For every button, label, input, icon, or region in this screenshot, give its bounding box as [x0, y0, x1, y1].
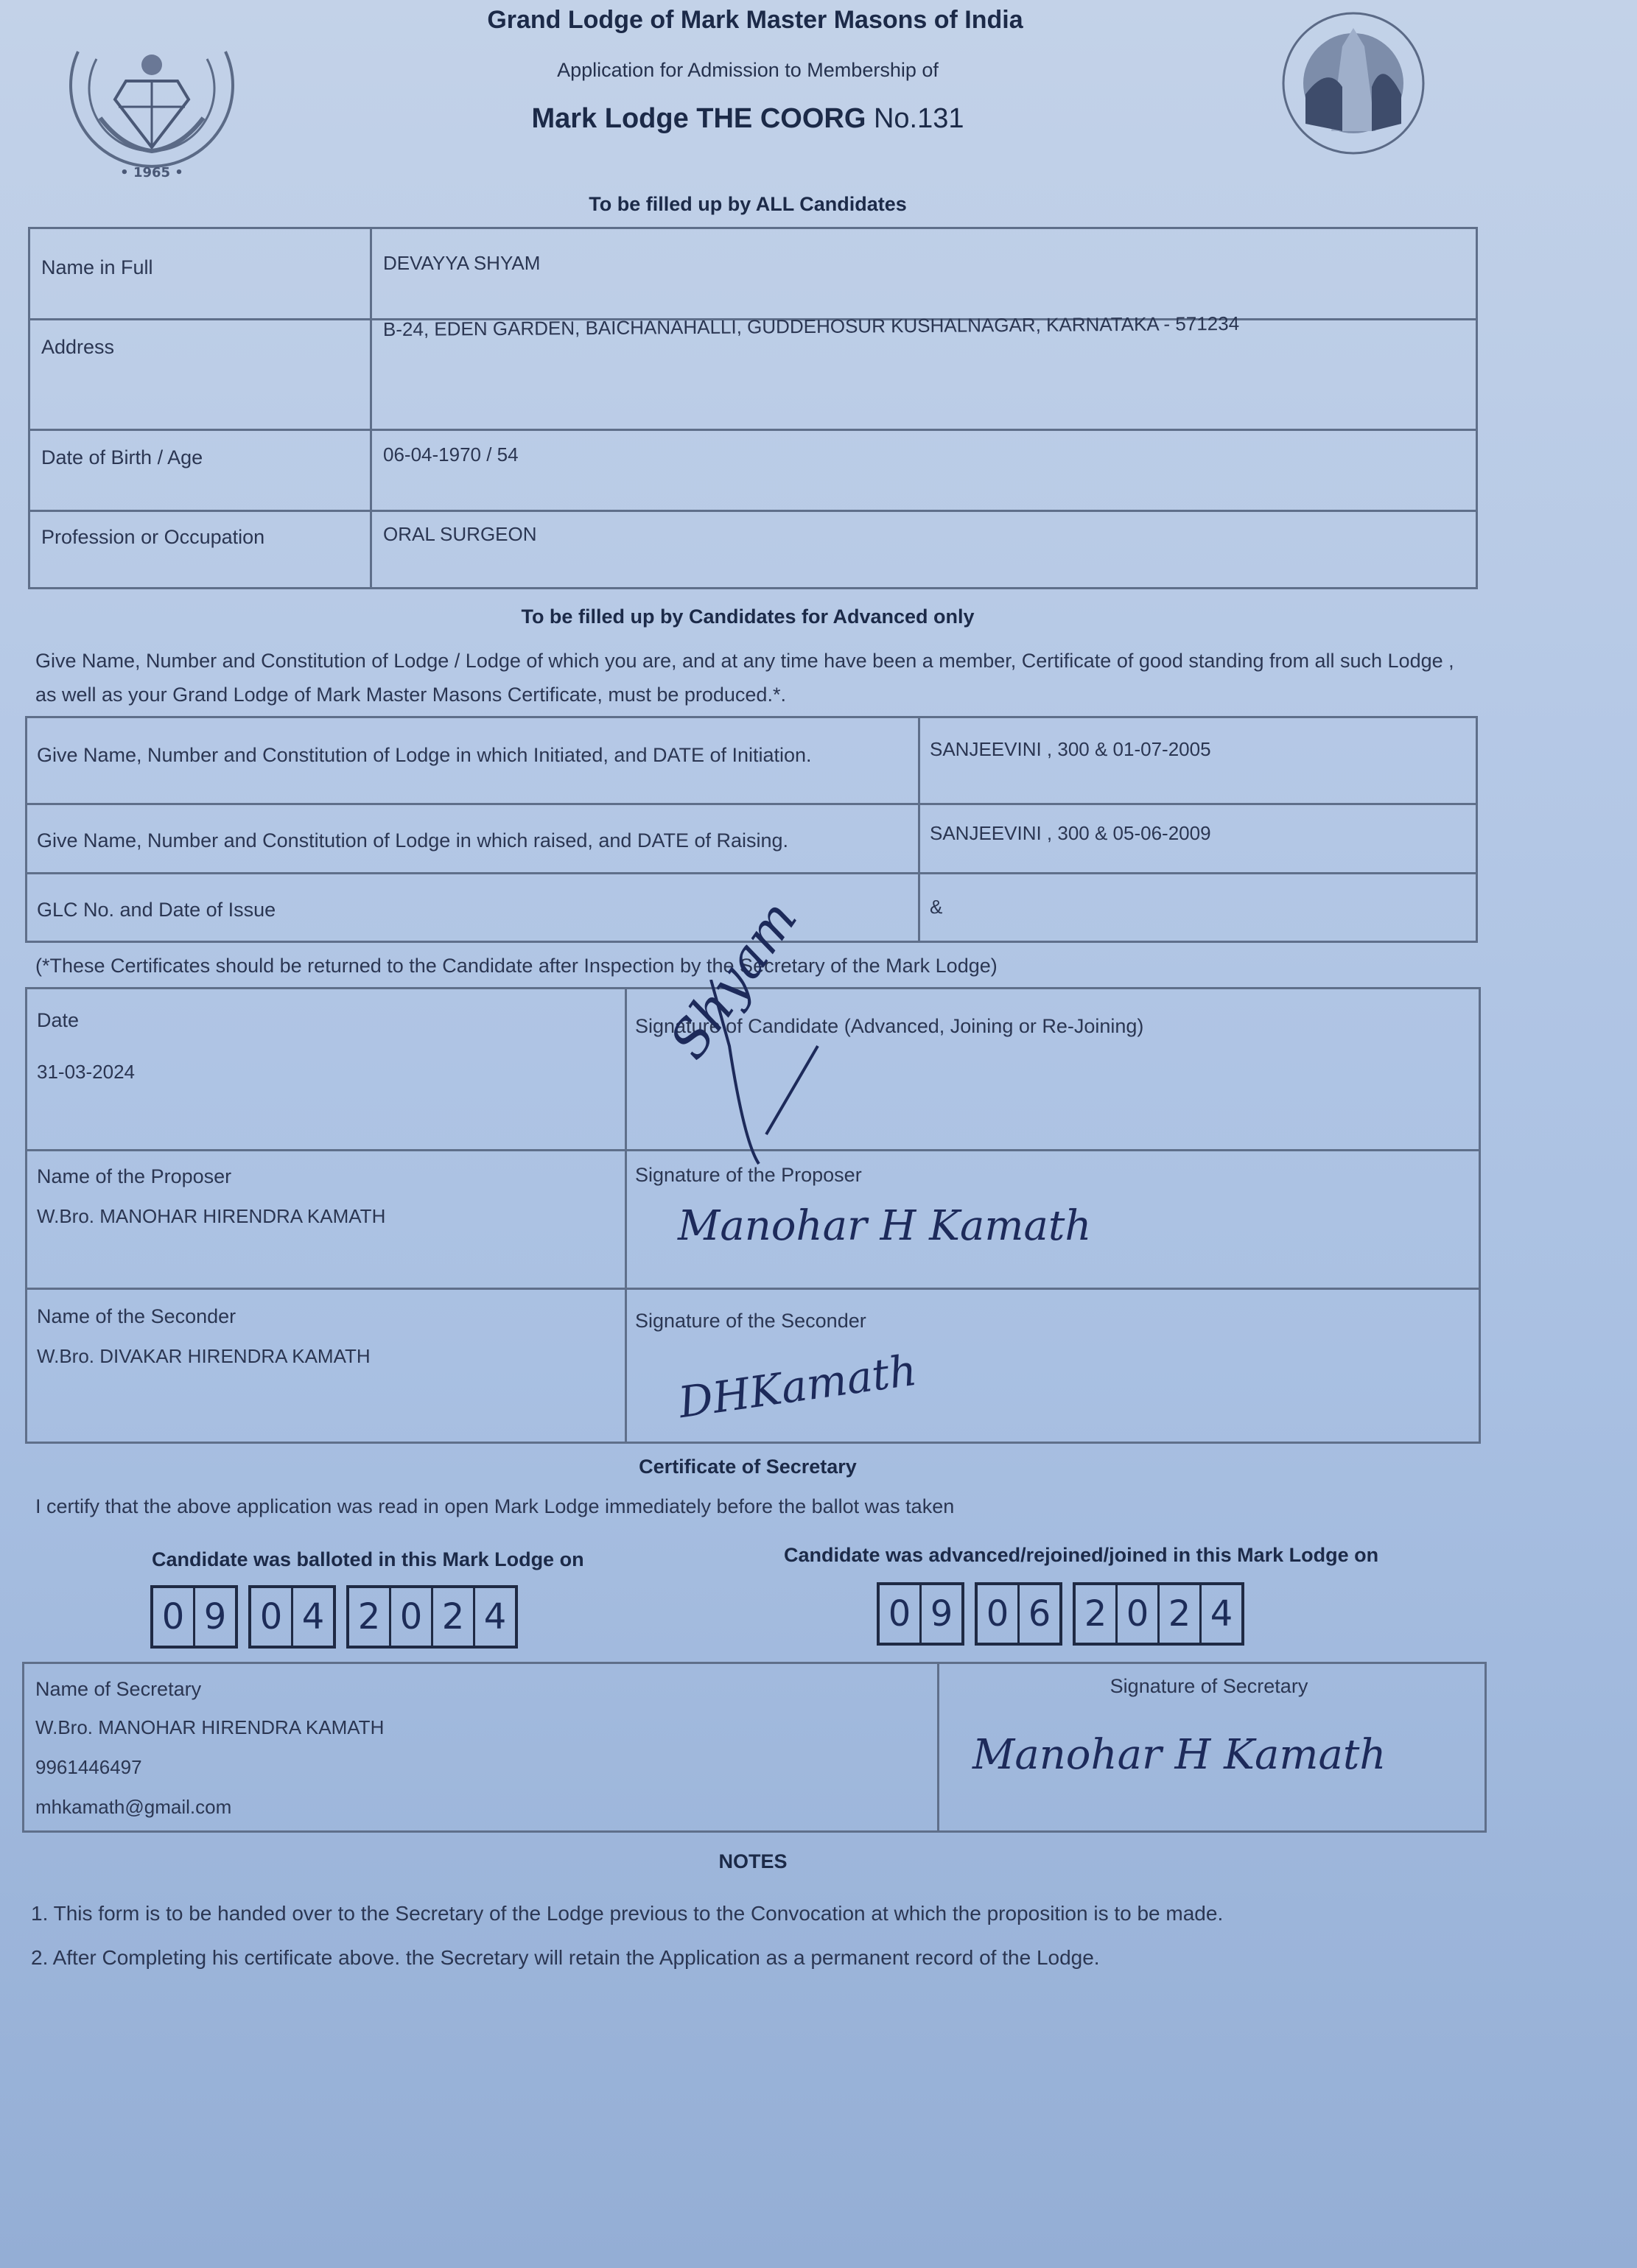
date-label: Date	[37, 1009, 79, 1032]
secretary-statement: I certify that the above application was…	[35, 1495, 954, 1518]
date-digit: 4	[1202, 1585, 1241, 1643]
balloted-label: Candidate was balloted in this Mark Lodg…	[152, 1548, 584, 1571]
notes-heading: NOTES	[0, 1850, 1506, 1873]
secretary-certificate-heading: Certificate of Secretary	[0, 1456, 1496, 1478]
date-digit: 2	[1076, 1585, 1118, 1643]
proposer-label: Name of the Proposer	[37, 1165, 231, 1188]
occupation-label: Profession or Occupation	[41, 526, 264, 549]
proposer-signature: Manohar H Kamath	[678, 1202, 1091, 1250]
dob-label: Date of Birth / Age	[41, 446, 203, 469]
dob-value: 06-04-1970 / 54	[383, 443, 519, 466]
raising-label: Give Name, Number and Constitution of Lo…	[37, 829, 788, 852]
note-item-2: 2. After Completing his certificate abov…	[31, 1946, 1100, 1970]
seconder-signature-label: Signature of the Seconder	[635, 1310, 866, 1333]
form-subtitle: Application for Admission to Membership …	[0, 59, 1496, 82]
date-digit: 4	[475, 1588, 515, 1646]
candidate-signature-stroke	[700, 980, 847, 1171]
certificates-footnote: (*These Certificates should be returned …	[35, 955, 998, 977]
advanced-instructions: Give Name, Number and Constitution of Lo…	[35, 644, 1479, 712]
seconder-name: W.Bro. DIVAKAR HIRENDRA KAMATH	[37, 1345, 371, 1368]
lodge-number: No.131	[874, 103, 964, 134]
lodge-name: THE COORG	[696, 103, 866, 134]
advanced-year: 2 0 2 4	[1073, 1582, 1244, 1646]
date-digit: 2	[1160, 1585, 1202, 1643]
date-digit: 4	[293, 1588, 333, 1646]
name-label: Name in Full	[41, 256, 153, 279]
date-digit: 0	[880, 1585, 922, 1643]
date-digit: 2	[433, 1588, 475, 1646]
date-digit: 2	[349, 1588, 391, 1646]
occupation-value: ORAL SURGEON	[383, 523, 537, 546]
address-label: Address	[41, 336, 114, 359]
date-digit: 9	[195, 1588, 235, 1646]
balloted-year: 2 0 2 4	[346, 1585, 518, 1649]
advanced-date-boxes: 0 9 0 6 2 0 2 4	[877, 1582, 1244, 1646]
secretary-name: W.Bro. MANOHAR HIRENDRA KAMATH	[35, 1716, 384, 1739]
lodge-title: Mark Lodge THE COORG No.131	[0, 103, 1496, 135]
date-digit: 9	[922, 1585, 961, 1643]
advanced-date-label: Candidate was advanced/rejoined/joined i…	[784, 1544, 1378, 1567]
advanced-month: 0 6	[975, 1582, 1062, 1646]
name-value: DEVAYYA SHYAM	[383, 252, 540, 275]
date-digit: 0	[978, 1585, 1020, 1643]
secretary-signature-label: Signature of Secretary	[940, 1675, 1478, 1698]
date-digit: 0	[1118, 1585, 1160, 1643]
note-item-1: 1. This form is to be handed over to the…	[31, 1902, 1223, 1925]
date-digit: 0	[153, 1588, 195, 1646]
org-title: Grand Lodge of Mark Master Masons of Ind…	[0, 6, 1510, 35]
secretary-name-label: Name of Secretary	[35, 1678, 201, 1701]
svg-text:• 1965 •: • 1965 •	[120, 165, 183, 180]
raising-value: SANJEEVINI , 300 & 05-06-2009	[930, 822, 1211, 845]
seconder-label: Name of the Seconder	[37, 1305, 236, 1328]
glc-value: &	[930, 896, 942, 919]
glc-label: GLC No. and Date of Issue	[37, 899, 276, 921]
proposer-signature-label: Signature of the Proposer	[635, 1164, 862, 1187]
secretary-email: mhkamath@gmail.com	[35, 1796, 231, 1819]
initiation-value: SANJEEVINI , 300 & 01-07-2005	[930, 738, 1211, 761]
secretary-phone: 9961446497	[35, 1756, 142, 1779]
lodge-prefix: Mark Lodge	[531, 103, 688, 134]
advanced-heading: To be filled up by Candidates for Advanc…	[0, 605, 1496, 628]
date-digit: 0	[391, 1588, 433, 1646]
balloted-date-boxes: 0 9 0 4 2 0 2 4	[150, 1585, 518, 1649]
all-candidates-heading: To be filled up by ALL Candidates	[0, 193, 1496, 216]
balloted-month: 0 4	[248, 1585, 336, 1649]
secretary-signature: Manohar H Kamath	[972, 1731, 1386, 1779]
date-value: 31-03-2024	[37, 1061, 135, 1084]
date-digit: 0	[251, 1588, 293, 1646]
advanced-day: 0 9	[877, 1582, 964, 1646]
proposer-name: W.Bro. MANOHAR HIRENDRA KAMATH	[37, 1205, 385, 1228]
balloted-day: 0 9	[150, 1585, 238, 1649]
date-digit: 6	[1020, 1585, 1059, 1643]
initiation-label: Give Name, Number and Constitution of Lo…	[37, 740, 906, 770]
